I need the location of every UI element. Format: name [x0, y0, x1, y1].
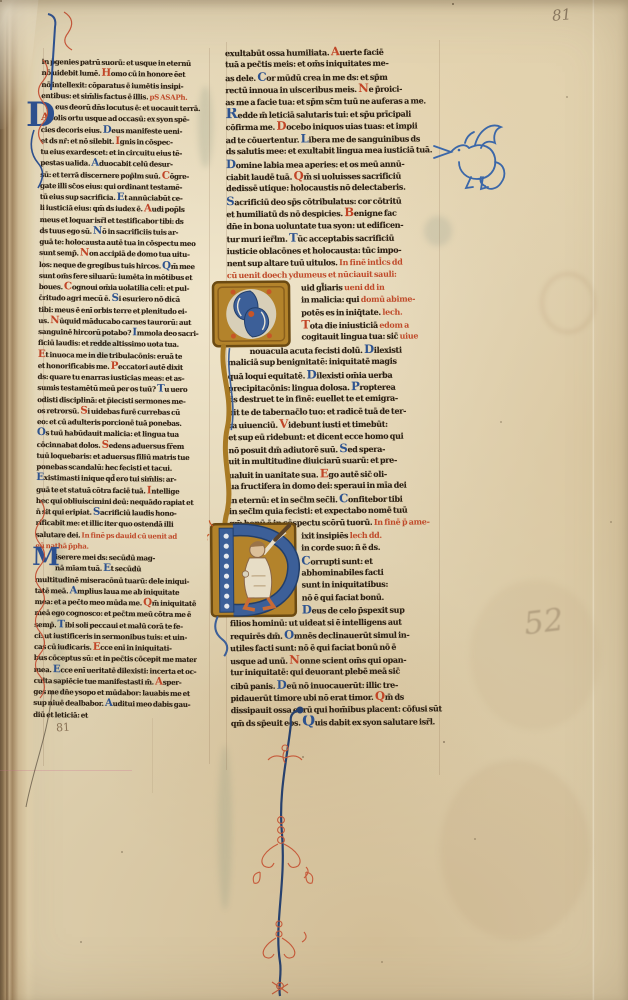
- historiated-initial-dixit: [207, 519, 308, 670]
- show-through-ring: [540, 272, 596, 334]
- right-column: exultabūt ossa humiliata. Auerte faciētu…: [225, 44, 444, 728]
- psalm-number-margin-note: 52: [522, 602, 566, 643]
- text-line: ds salutis mee: et exultabit lingua mea …: [226, 144, 439, 158]
- stain: [470, 580, 600, 730]
- pen-flourish-descender: [248, 702, 320, 1000]
- margin-dragon-drawing: [430, 112, 510, 198]
- parchment-fold-line: [592, 0, 595, 1000]
- stain: [440, 760, 590, 940]
- pen-trial-line: [26, 691, 52, 807]
- left-margin-penwork: [18, 495, 68, 815]
- folio-number-top-right: 81: [551, 5, 572, 25]
- folio-number-bottom-left: 81: [56, 721, 71, 735]
- margin-initial-deus-cluster: D: [18, 4, 90, 196]
- dragon-eye: [458, 149, 461, 152]
- stain: [218, 745, 232, 910]
- initial-d-tail: [215, 616, 227, 656]
- text-block: in p̄genies patrū suorū: et usque in ete…: [42, 44, 450, 757]
- ascender-flourish: [48, 14, 55, 90]
- manuscript-page: in p̄genies patrū suorū: et usque in ete…: [0, 0, 628, 1000]
- red-penwork-meander: [36, 500, 45, 698]
- ink-specks: [0, 0, 2, 2]
- margin-initial-deus: D: [26, 95, 55, 135]
